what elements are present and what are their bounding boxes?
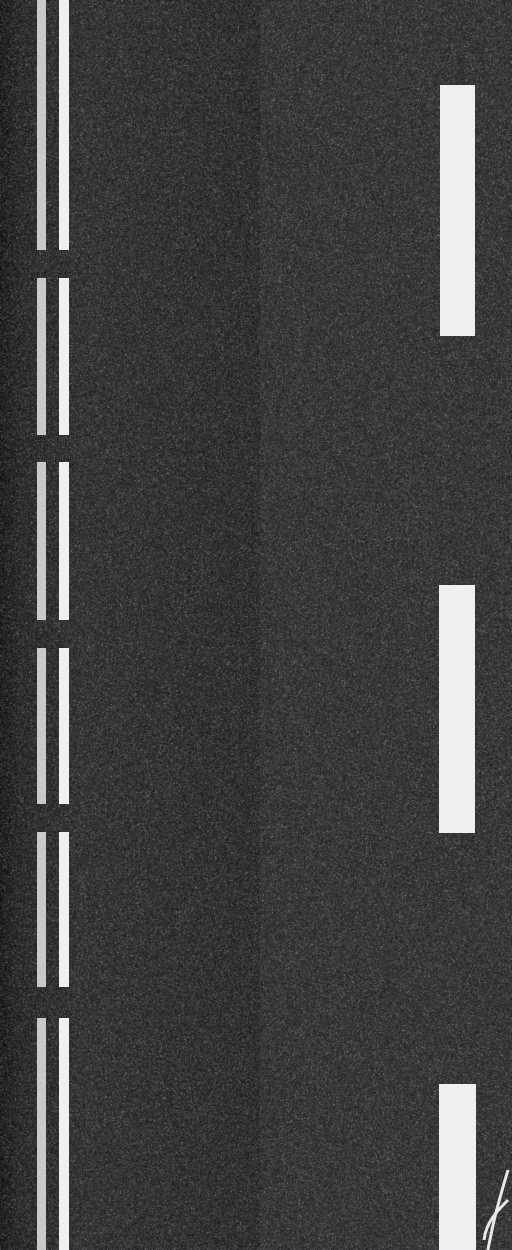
bicycle-symbol-icon [478, 1160, 512, 1250]
left-edge-outer-line [59, 0, 69, 250]
left-edge-inner-line [37, 832, 46, 987]
left-edge-inner-line [37, 648, 46, 804]
road-scene [0, 0, 512, 1250]
left-edge-outer-line [59, 462, 69, 620]
left-edge-outer-line [59, 1018, 69, 1250]
asphalt-texture [0, 0, 512, 1250]
left-edge-inner-line [37, 1018, 46, 1250]
left-edge-outer-line [59, 648, 69, 804]
lane-dash [440, 85, 475, 336]
left-edge-inner-line [37, 278, 46, 435]
left-edge-inner-line [37, 0, 46, 250]
left-edge-outer-line [59, 278, 69, 435]
lane-dash [439, 1084, 476, 1250]
left-edge-outer-line [59, 832, 69, 987]
left-edge-inner-line [37, 462, 46, 620]
lane-dash [439, 585, 475, 833]
